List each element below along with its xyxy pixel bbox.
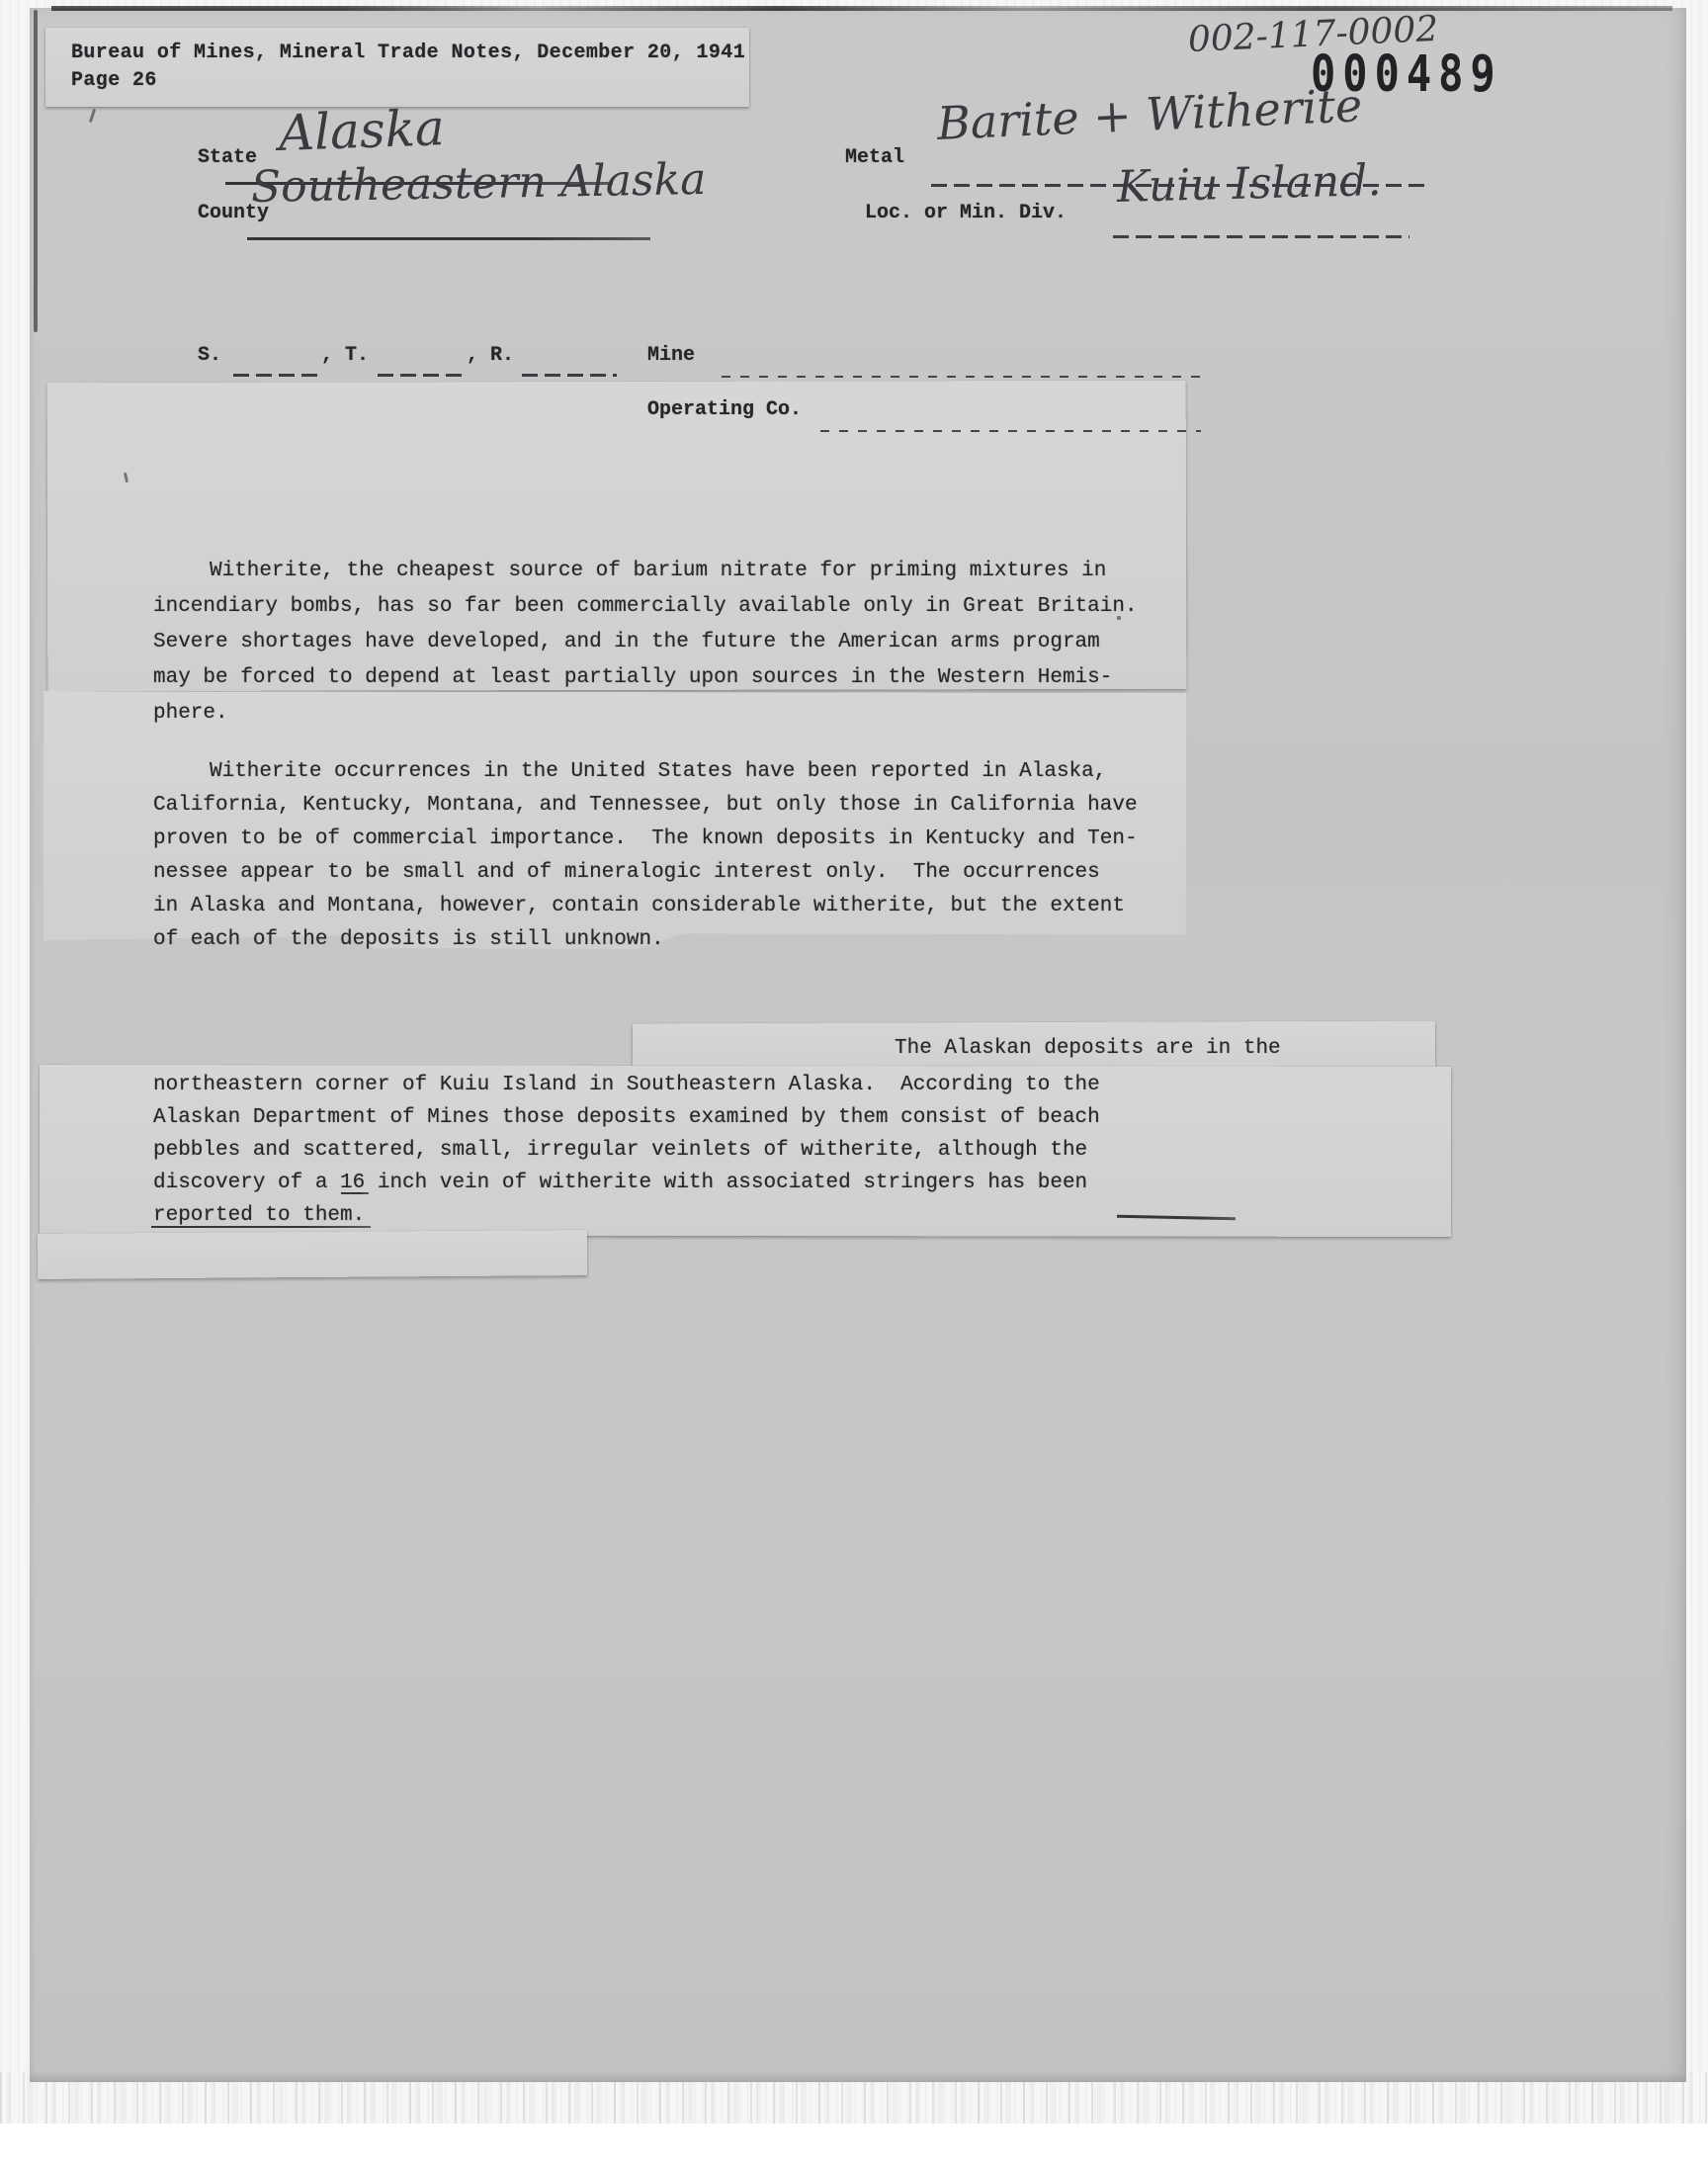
operating-co-label: Operating Co. [647, 398, 802, 421]
pasted-strip-header [45, 28, 749, 107]
underline-16-inch [341, 1192, 369, 1194]
paragraph-2: Witherite occurrences in the United Stat… [153, 755, 1201, 957]
scan-background: Bureau of Mines, Mineral Trade Notes, De… [0, 0, 1708, 2175]
state-label: State [198, 146, 257, 169]
typed-line: proven to be of commercial importance. T… [153, 823, 1201, 856]
stray-pen-mark [89, 109, 96, 123]
metal-value-handwritten: Barite + Witherite [936, 78, 1363, 150]
typed-line: discovery of a 16 inch vein of witherite… [153, 1167, 1458, 1199]
loc-min-div-label: Loc. or Min. Div. [865, 202, 1067, 224]
typed-line: may be forced to depend at least partial… [153, 660, 1201, 696]
section-blank [233, 374, 318, 377]
range-label: , R. [467, 344, 514, 367]
loc-min-div-value-handwritten: Kuiu Island. [1116, 155, 1382, 213]
county-underline [247, 237, 650, 240]
scan-margin-bottom [0, 2124, 1708, 2175]
typed-line: incendiary bombs, has so far been commer… [153, 589, 1201, 625]
range-blank [522, 374, 617, 377]
loc-min-div-underline [1113, 235, 1409, 238]
state-value-handwritten: Alaska [278, 99, 446, 162]
operating-co-blank [820, 430, 1201, 432]
page-left-edge-shadow [34, 10, 38, 332]
metal-label: Metal [845, 146, 904, 169]
typed-line: Witherite, the cheapest source of barium… [153, 554, 1201, 589]
paragraph-1: Witherite, the cheapest source of barium… [153, 554, 1201, 732]
page-number: Page 26 [71, 69, 157, 92]
typed-line: Alaskan Department of Mines those deposi… [153, 1101, 1458, 1134]
scanned-page: Bureau of Mines, Mineral Trade Notes, De… [30, 8, 1686, 2082]
typed-line: of each of the deposits is still unknown… [153, 923, 1201, 957]
stray-dot [1117, 616, 1121, 620]
township-blank [378, 374, 463, 377]
paragraph-3: northeastern corner of Kuiu Island in So… [153, 1069, 1458, 1232]
header-title: Bureau of Mines, Mineral Trade Notes, De… [71, 42, 745, 64]
mine-label: Mine [647, 344, 695, 367]
typed-line: northeastern corner of Kuiu Island in So… [153, 1069, 1458, 1101]
mine-blank [722, 376, 1201, 378]
typed-line: pebbles and scattered, small, irregular … [153, 1134, 1458, 1167]
county-value-handwritten: Southeastern Alaska [251, 154, 707, 213]
typed-line: phere. [153, 696, 1201, 732]
typed-line: Witherite occurrences in the United Stat… [153, 755, 1201, 789]
township-label: , T. [321, 344, 369, 367]
pasted-strip-paragraph3-lastline [38, 1230, 587, 1279]
typed-line: The Alaskan deposits are in the [895, 1032, 1281, 1065]
typed-line: Severe shortages have developed, and in … [153, 625, 1201, 660]
typed-line: California, Kentucky, Montana, and Tenne… [153, 789, 1201, 823]
typed-line: nessee appear to be small and of mineral… [153, 856, 1201, 890]
underline-reported-to-them [151, 1226, 371, 1228]
paragraph-3-intro: The Alaskan deposits are in the [895, 1032, 1281, 1065]
section-label: S. [198, 344, 221, 367]
typed-line: in Alaska and Montana, however, contain … [153, 890, 1201, 923]
